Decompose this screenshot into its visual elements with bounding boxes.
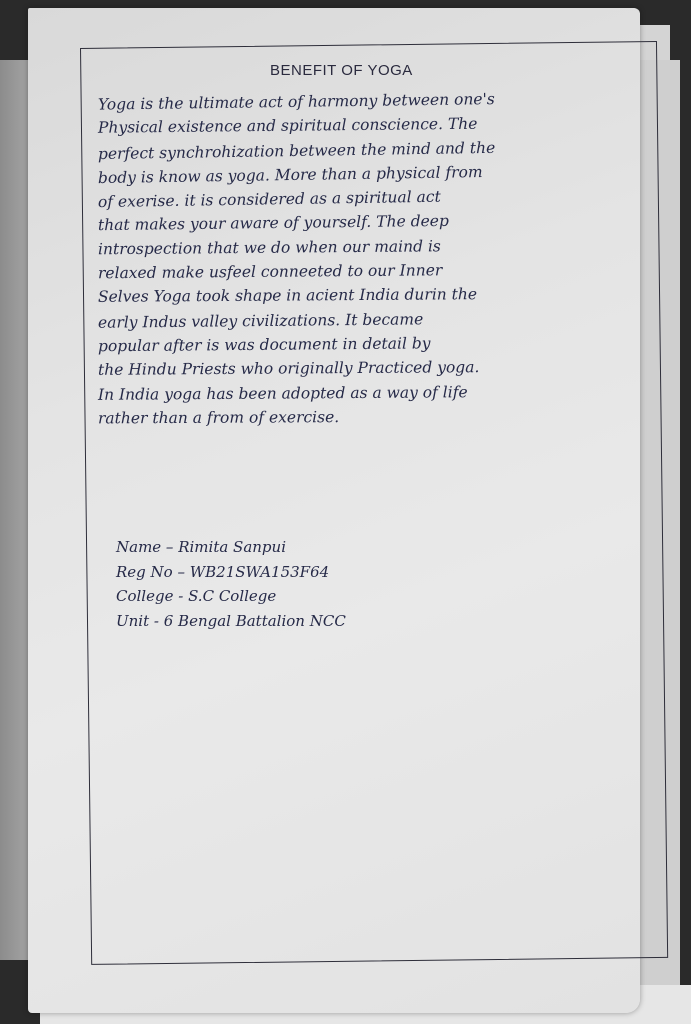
detail-name: Name – Rimita Sanpui — [116, 538, 346, 563]
essay-line: the Hindu Priests who originally Practic… — [98, 357, 618, 385]
essay-line: rather than a from of exercise. — [98, 406, 618, 433]
detail-reg-no: Reg No – WB21SWA153F64 — [116, 563, 346, 588]
detail-unit: Unit - 6 Bengal Battalion NCC — [116, 612, 346, 637]
detail-college: College - S.C College — [116, 587, 346, 612]
student-details: Name – Rimita Sanpui Reg No – WB21SWA153… — [116, 538, 346, 636]
essay-body: Yoga is the ultimate act of harmony betw… — [98, 92, 618, 432]
page-title: BENEFIT OF YOGA — [270, 62, 413, 79]
essay-line: In India yoga has been adopted as a way … — [98, 382, 618, 410]
